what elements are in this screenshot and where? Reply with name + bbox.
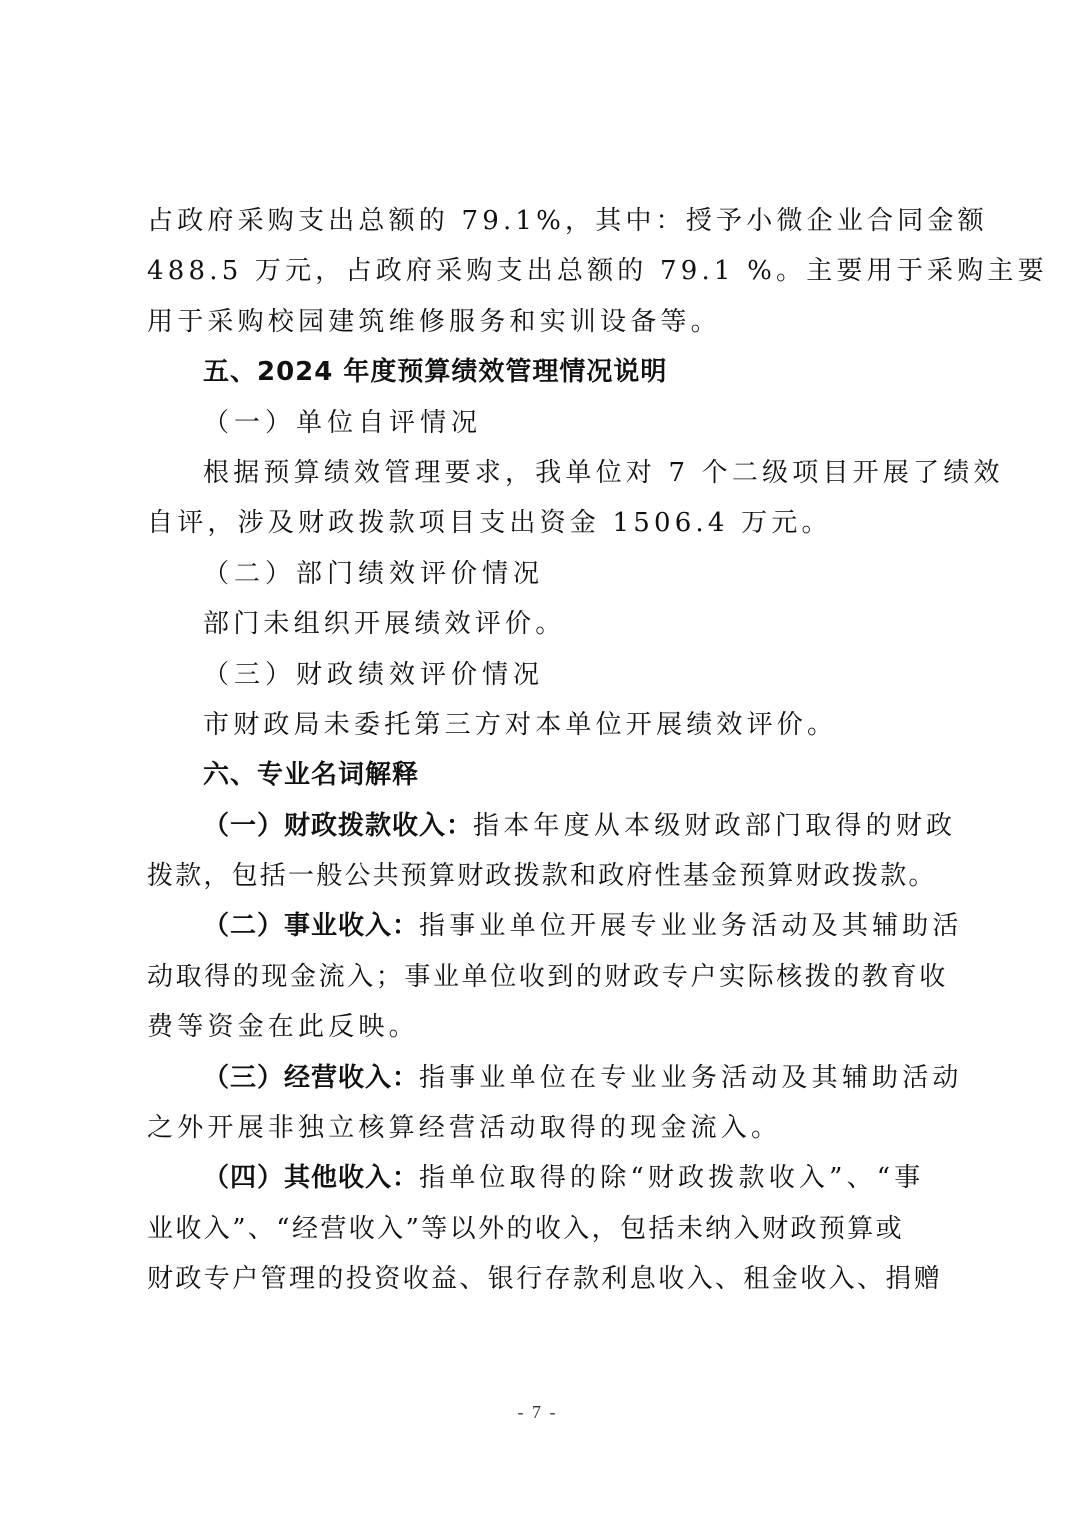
paragraph-line: 之外开展非独立核算经营活动取得的现金流入。 bbox=[147, 1103, 942, 1153]
paragraph-line: 488.5 万元，占政府采购支出总额的 79.1 %。主要用于采购主要 bbox=[147, 246, 942, 296]
term-label: （一）财政拨款收入： bbox=[203, 811, 473, 841]
paragraph-line: 财政专户管理的投资收益、银行存款利息收入、租金收入、捐赠 bbox=[147, 1254, 942, 1304]
paragraph-line: 占政府采购支出总额的 79.1%，其中：授予小微企业合同金额 bbox=[147, 196, 942, 246]
term-label: （三）经营收入： bbox=[203, 1063, 419, 1093]
section-heading-5: 五、2024 年度预算绩效管理情况说明 bbox=[147, 347, 942, 397]
term-label: （二）事业收入： bbox=[203, 911, 419, 941]
paragraph-line: 用于采购校园建筑维修服务和实训设备等。 bbox=[147, 297, 942, 347]
paragraph-line: 动取得的现金流入；事业单位收到的财政专户实际核拨的教育收 bbox=[147, 952, 942, 1002]
paragraph-line: 费等资金在此反映。 bbox=[147, 1002, 942, 1052]
paragraph-line: 业收入”、“经营收入”等以外的收入，包括未纳入财政预算或 bbox=[147, 1204, 942, 1254]
page-number: - 7 - bbox=[0, 1402, 1075, 1423]
term-text: 指单位取得的除“财政拨款收入”、“事 bbox=[419, 1163, 924, 1193]
paragraph-line: 根据预算绩效管理要求，我单位对 7 个二级项目开展了绩效 bbox=[147, 448, 942, 498]
term-definition: （四）其他收入：指单位取得的除“财政拨款收入”、“事 bbox=[147, 1153, 942, 1203]
subsection-heading-self-evaluation: （一）单位自评情况 bbox=[147, 398, 942, 448]
document-page: 占政府采购支出总额的 79.1%，其中：授予小微企业合同金额 488.5 万元，… bbox=[147, 196, 942, 1305]
paragraph-line: 市财政局未委托第三方对本单位开展绩效评价。 bbox=[147, 700, 942, 750]
paragraph-line: 拨款，包括一般公共预算财政拨款和政府性基金预算财政拨款。 bbox=[147, 851, 942, 901]
subsection-heading-department-evaluation: （二）部门绩效评价情况 bbox=[147, 549, 942, 599]
term-text: 指事业单位在专业业务活动及其辅助活动 bbox=[419, 1063, 963, 1093]
subsection-heading-fiscal-evaluation: （三）财政绩效评价情况 bbox=[147, 650, 942, 700]
term-definition: （二）事业收入：指事业单位开展专业业务活动及其辅助活 bbox=[147, 901, 942, 951]
paragraph-line: 自评，涉及财政拨款项目支出资金 1506.4 万元。 bbox=[147, 498, 942, 548]
term-definition: （一）财政拨款收入：指本年度从本级财政部门取得的财政 bbox=[147, 801, 942, 851]
term-text: 指本年度从本级财政部门取得的财政 bbox=[473, 811, 956, 841]
section-heading-6: 六、专业名词解释 bbox=[147, 750, 942, 800]
term-label: （四）其他收入： bbox=[203, 1163, 419, 1193]
paragraph-line: 部门未组织开展绩效评价。 bbox=[147, 599, 942, 649]
term-text: 指事业单位开展专业业务活动及其辅助活 bbox=[419, 911, 963, 941]
term-definition: （三）经营收入：指事业单位在专业业务活动及其辅助活动 bbox=[147, 1053, 942, 1103]
